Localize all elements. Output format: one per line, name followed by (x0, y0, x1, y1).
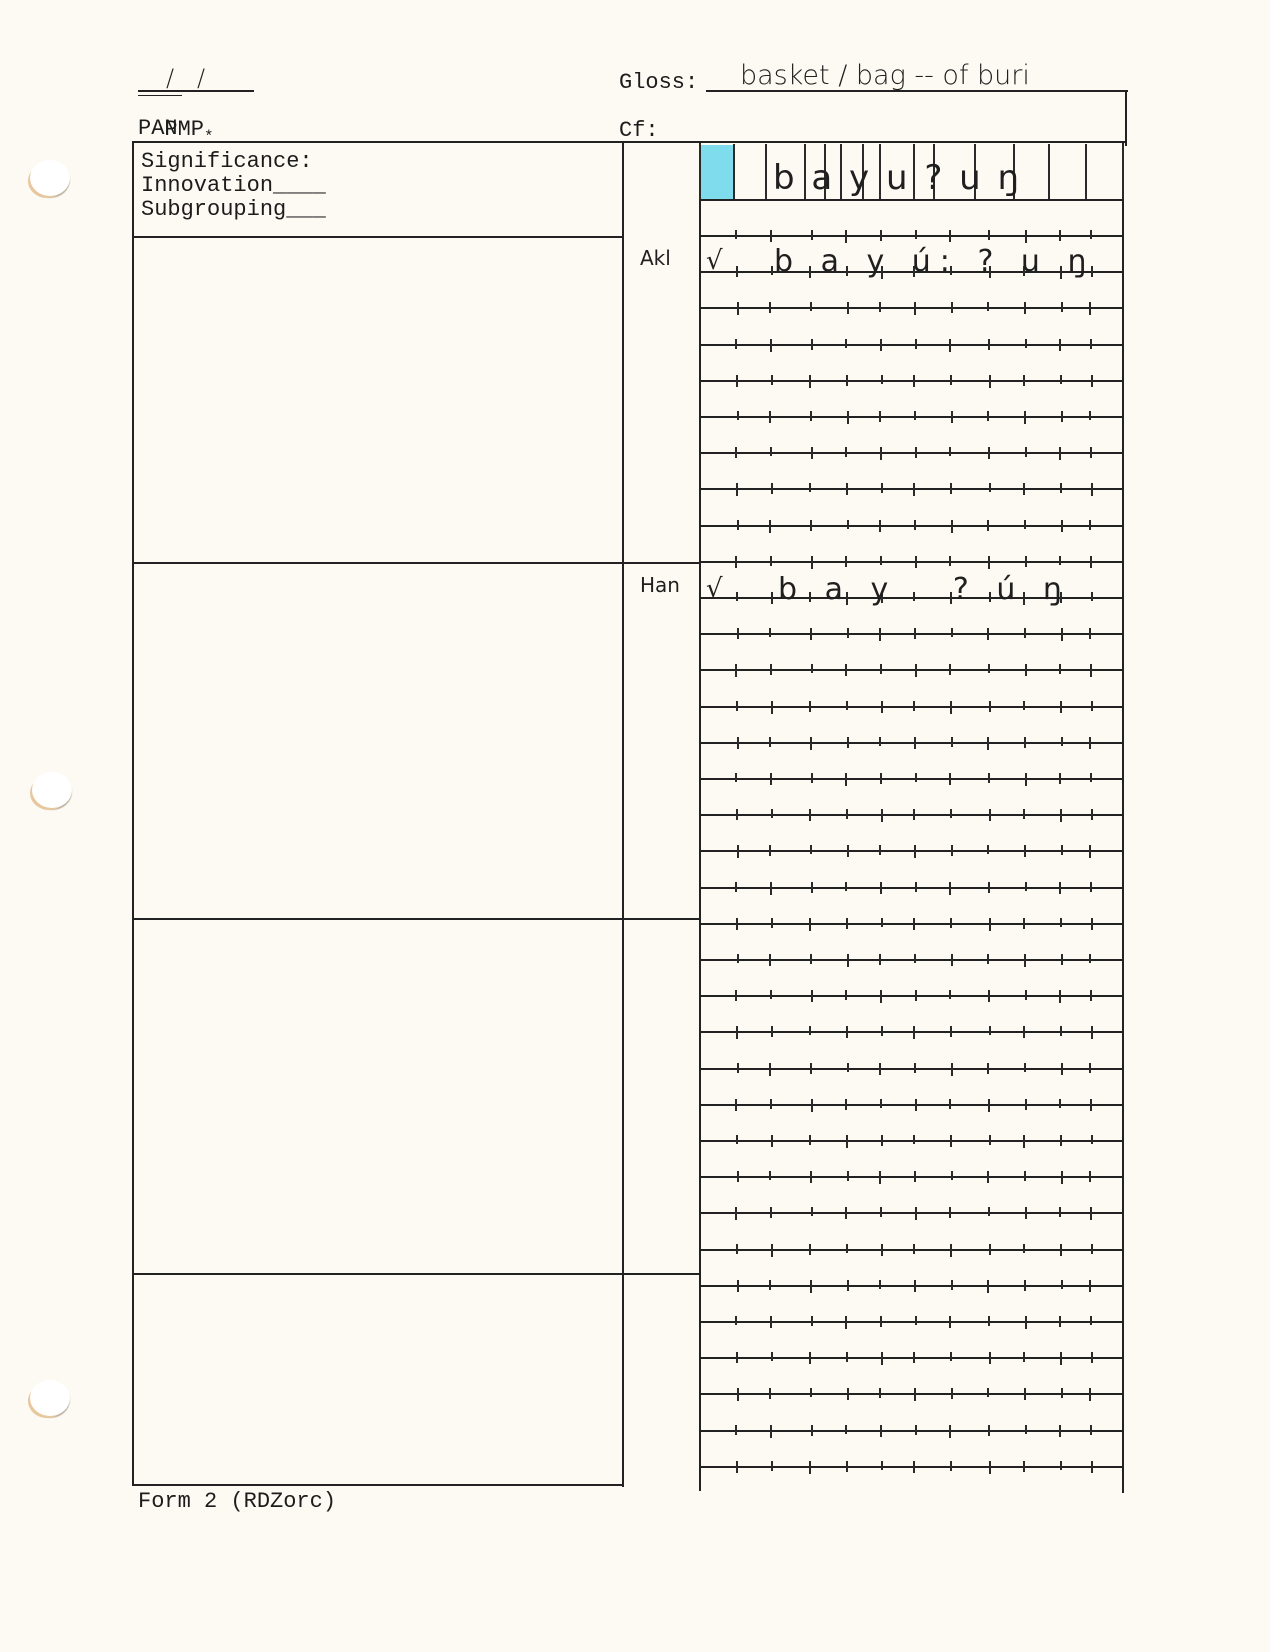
language-label-akl: Akl (640, 246, 671, 270)
highlight-cell (701, 145, 733, 200)
language-label-han: Han (640, 573, 680, 597)
cf-label: Cf: (619, 118, 659, 143)
form-left-border (132, 141, 134, 1486)
form-top-border (132, 141, 1127, 143)
gloss-label: Gloss: (619, 70, 698, 95)
pmp-marker: * (204, 128, 214, 146)
notes-box-3[interactable] (136, 922, 620, 1271)
reconstruction-form: b a y u ? u ŋ (773, 158, 1023, 198)
form-right-border (1122, 141, 1124, 1493)
entry-check-akl: √ (706, 246, 732, 276)
form-footer-label: Form 2 (RDZorc) (138, 1489, 336, 1514)
language-column-divider (622, 141, 624, 1487)
binder-hole-top (30, 160, 70, 196)
form-bottom-border (134, 1484, 624, 1486)
section-divider-3 (134, 1273, 700, 1275)
date-slashes: / / (166, 64, 205, 92)
pan-label: PAN (138, 116, 178, 141)
notes-box-4[interactable] (136, 1277, 620, 1482)
reconstruction-grid[interactable]: b a y u ? u ŋ (699, 144, 1124, 200)
notes-box-2[interactable] (136, 566, 620, 916)
innovation-field[interactable]: Innovation____ (141, 173, 326, 198)
binder-hole-bottom (30, 1380, 70, 1416)
subgrouping-field[interactable]: Subgrouping___ (141, 197, 326, 222)
date-field[interactable]: / / (138, 64, 254, 92)
significance-title: Significance: (141, 149, 313, 174)
gloss-value[interactable]: basket / bag -- of buri (740, 60, 1030, 91)
section-divider-1 (134, 562, 700, 564)
section-divider-2 (134, 918, 700, 920)
entry-form-han[interactable]: b a y ? ú ŋ (778, 572, 1071, 607)
notes-box-1[interactable] (136, 240, 620, 560)
entry-form-akl[interactable]: b a y ú: ? u ŋ (774, 244, 1095, 279)
binder-hole-middle (32, 772, 72, 808)
entry-check-han: √ (706, 574, 732, 604)
